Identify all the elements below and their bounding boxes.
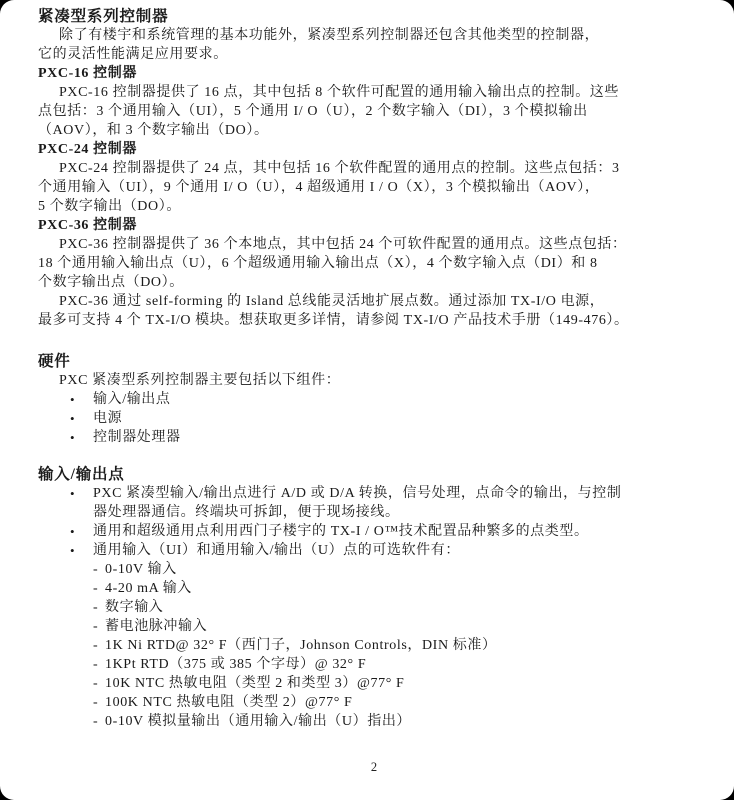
doc-title: 紧凑型系列控制器 — [38, 7, 710, 26]
pxc16-paragraph-line: （AOV），和 3 个数字输出（DO）。 — [38, 121, 710, 140]
dash-marker-icon: - — [93, 655, 105, 674]
pxc16-paragraph-line: PXC-16 控制器提供了 16 点，其中包括 8 个软件可配置的通用输入输出点… — [38, 83, 710, 102]
pxc16-paragraph-line: 点包括：3 个通用输入（UI），5 个通用 I/ O（U），2 个数字输入（DI… — [38, 102, 710, 121]
dash-marker-icon: - — [93, 712, 105, 731]
sub-list-item: - 0-10V 输入 — [38, 560, 710, 579]
bullet-marker-icon: • — [70, 428, 93, 447]
sub-list-item-label: 1K Ni RTD@ 32° F（西门子，Johnson Controls，DI… — [105, 636, 497, 655]
hardware-intro-line: PXC 紧凑型系列控制器主要包括以下组件： — [38, 371, 710, 390]
list-item-label: PXC 紧凑型输入/输出点进行 A/D 或 D/A 转换，信号处理，点命令的输出… — [93, 484, 621, 503]
dash-marker-icon: - — [93, 636, 105, 655]
bullet-marker-icon: • — [70, 522, 93, 541]
list-item: • 控制器处理器 — [38, 428, 710, 447]
sub-list-item-label: 1KPt RTD（375 或 385 个字母）@ 32° F — [105, 655, 366, 674]
list-item: • 通用和超级通用点利用西门子楼宇的 TX-I / O™技术配置品种繁多的点类型… — [38, 522, 710, 541]
pxc36-paragraph-line: PXC-36 通过 self-forming 的 Island 总线能灵活地扩展… — [38, 292, 710, 311]
pxc24-paragraph-line: PXC-24 控制器提供了 24 点，其中包括 16 个软件配置的通用点的控制。… — [38, 159, 710, 178]
intro-paragraph-line: 除了有楼宇和系统管理的基本功能外，紧凑型系列控制器还包含其他类型的控制器， — [38, 26, 710, 45]
bullet-marker-icon: • — [70, 484, 93, 503]
list-item: • 通用输入（UI）和通用输入/输出（U）点的可选软件有： — [38, 541, 710, 560]
list-item: • 输入/输出点 — [38, 390, 710, 409]
page-number: 2 — [38, 758, 710, 777]
intro-paragraph-line: 它的灵活性能满足应用要求。 — [38, 45, 710, 64]
sub-list-item-label: 4-20 mA 输入 — [105, 579, 192, 598]
section-heading-pxc36: PXC-36 控制器 — [38, 216, 710, 235]
sub-list-item: - 1K Ni RTD@ 32° F（西门子，Johnson Controls，… — [38, 636, 710, 655]
sub-list-item-label: 0-10V 输入 — [105, 560, 177, 579]
dash-marker-icon: - — [93, 579, 105, 598]
list-item-label: 通用和超级通用点利用西门子楼宇的 TX-I / O™技术配置品种繁多的点类型。 — [93, 522, 589, 541]
sub-list-item-label: 数字输入 — [105, 598, 163, 617]
pxc36-paragraph-line: 18 个通用输入输出点（U），6 个超级通用输入输出点（X），4 个数字输入点（… — [38, 254, 710, 273]
dash-marker-icon: - — [93, 598, 105, 617]
dash-marker-icon: - — [93, 617, 105, 636]
section-heading-hardware: 硬件 — [38, 352, 710, 371]
list-item-label: 控制器处理器 — [93, 428, 181, 447]
sub-list-item: - 4-20 mA 输入 — [38, 579, 710, 598]
section-heading-io: 输入/输出点 — [38, 465, 710, 484]
pxc36-paragraph-line: 最多可支持 4 个 TX-I/O 模块。想获取更多详情，请参阅 TX-I/O 产… — [38, 311, 710, 330]
bullet-marker-icon: • — [70, 409, 93, 428]
document-page: 紧凑型系列控制器 除了有楼宇和系统管理的基本功能外，紧凑型系列控制器还包含其他类… — [0, 0, 734, 800]
section-heading-pxc16: PXC-16 控制器 — [38, 64, 710, 83]
sub-list-item: - 10K NTC 热敏电阻（类型 2 和类型 3）@77° F — [38, 674, 710, 693]
list-item: • PXC 紧凑型输入/输出点进行 A/D 或 D/A 转换，信号处理，点命令的… — [38, 484, 710, 503]
dash-marker-icon: - — [93, 560, 105, 579]
section-heading-pxc24: PXC-24 控制器 — [38, 140, 710, 159]
sub-list-item-label: 0-10V 模拟量输出（通用输入/输出（U）指出） — [105, 712, 411, 731]
bullet-marker-icon: • — [70, 390, 93, 409]
sub-list-item: - 1KPt RTD（375 或 385 个字母）@ 32° F — [38, 655, 710, 674]
sub-list-item-label: 10K NTC 热敏电阻（类型 2 和类型 3）@77° F — [105, 674, 404, 693]
sub-list-item: - 蓄电池脉冲输入 — [38, 617, 710, 636]
sub-list-item: - 100K NTC 热敏电阻（类型 2）@77° F — [38, 693, 710, 712]
list-item-label: 电源 — [93, 409, 122, 428]
sub-list-item-label: 100K NTC 热敏电阻（类型 2）@77° F — [105, 693, 352, 712]
sub-list-item: - 0-10V 模拟量输出（通用输入/输出（U）指出） — [38, 712, 710, 731]
pxc36-paragraph-line: PXC-36 控制器提供了 36 个本地点，其中包括 24 个可软件配置的通用点… — [38, 235, 710, 254]
list-item-label: 通用输入（UI）和通用输入/输出（U）点的可选软件有： — [93, 541, 460, 560]
sub-list-item-label: 蓄电池脉冲输入 — [105, 617, 207, 636]
dash-marker-icon: - — [93, 693, 105, 712]
pxc24-paragraph-line: 5 个数字输出（DO）。 — [38, 197, 710, 216]
dash-marker-icon: - — [93, 674, 105, 693]
pxc36-paragraph-line: 个数字输出点（DO）。 — [38, 273, 710, 292]
list-item: • 电源 — [38, 409, 710, 428]
list-item-label: 输入/输出点 — [93, 390, 171, 409]
list-item-continuation: 器处理器通信。终端块可拆卸，便于现场接线。 — [38, 503, 710, 522]
bullet-marker-icon: • — [70, 541, 93, 560]
pxc24-paragraph-line: 个通用输入（UI），9 个通用 I/ O（U），4 超级通用 I / O（X），… — [38, 178, 710, 197]
sub-list-item: - 数字输入 — [38, 598, 710, 617]
